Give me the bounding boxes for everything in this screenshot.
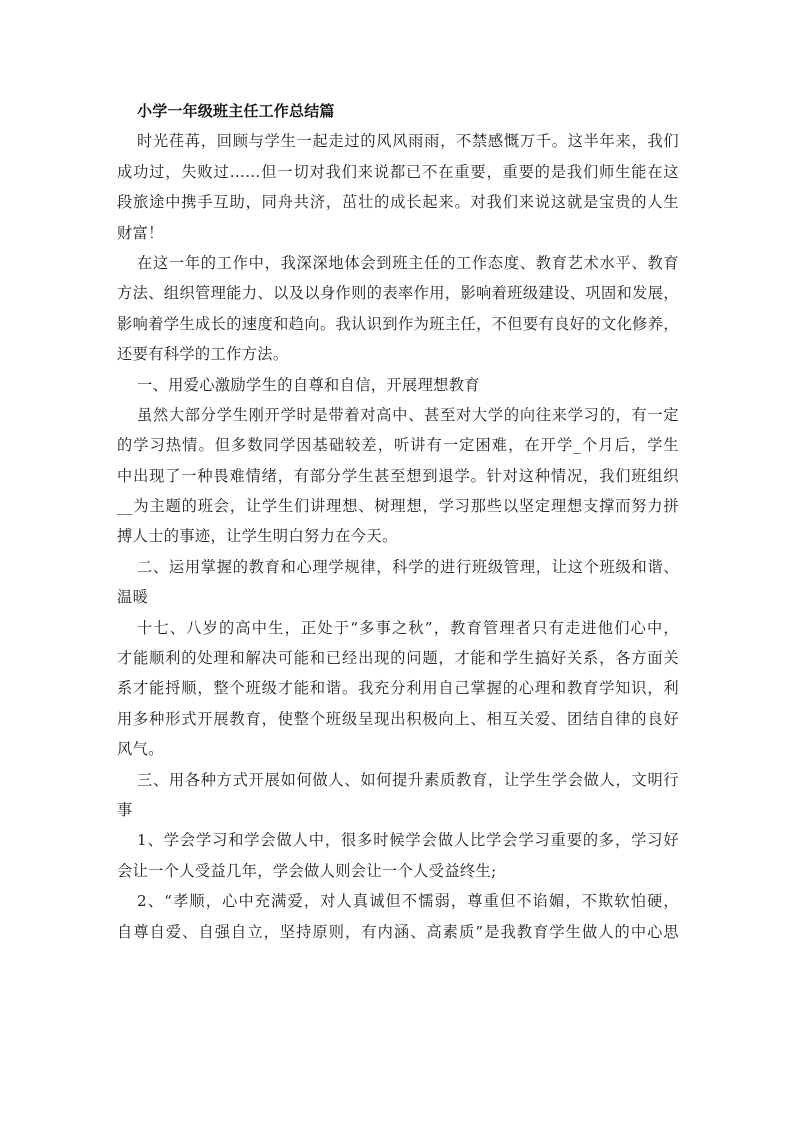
- text-line: 三、用各种方式开展如何做人、如何提升素质教育，让学生学会做人，文明行: [117, 765, 679, 795]
- text-line: 方法、组织管理能力、以及以身作则的表率作用，影响着班级建设、巩固和发展，: [117, 278, 679, 308]
- paragraph-section-2: 十七、八岁的高中生，正处于“多事之秋”，教育管理者只有走进他们心中， 才能顺利的…: [117, 613, 679, 765]
- text-line: 系才能捋顺，整个班级才能和谐。我充分利用自己掌握的心理和教育学知识，利: [117, 673, 679, 703]
- text-line: 的学习热情。但多数同学因基础较差，听讲有一定困难，在开学_个月后，学生: [117, 430, 679, 460]
- paragraph-section-1: 虽然大部分学生刚开学时是带着对高中、甚至对大学的向往来学习的，有一定 的学习热情…: [117, 400, 679, 552]
- text-line: 温暖: [117, 582, 679, 612]
- text-line: 成功过，失败过……但一切对我们来说都已不在重要，重要的是我们师生能在这: [117, 157, 679, 187]
- text-line: 时光荏苒，回顾与学生一起走过的风风雨雨，不禁感慨万千。这半年来，我们: [117, 126, 679, 156]
- text-line: 搏人士的事迹，让学生明白努力在今天。: [117, 521, 679, 551]
- paragraph-intro: 时光荏苒，回顾与学生一起走过的风风雨雨，不禁感慨万千。这半年来，我们 成功过，失…: [117, 126, 679, 248]
- text-line: 财富！: [117, 218, 679, 248]
- text-line: 2、“孝顺，心中充满爱，对人真诚但不懦弱，尊重但不谄媚，不欺软怕硬，: [117, 886, 679, 916]
- text-line: 自尊自爱、自强自立，坚持原则，有内涵、高素质”是我教育学生做人的中心思: [117, 917, 679, 947]
- list-item-2: 2、“孝顺，心中充满爱，对人真诚但不懦弱，尊重但不谄媚，不欺软怕硬， 自尊自爱、…: [117, 886, 679, 947]
- paragraph-reflection: 在这一年的工作中，我深深地体会到班主任的工作态度、教育艺术水平、教育 方法、组织…: [117, 248, 679, 370]
- text-line: 风气。: [117, 734, 679, 764]
- text-line: 虽然大部分学生刚开学时是带着对高中、甚至对大学的向往来学习的，有一定: [117, 400, 679, 430]
- text-line: 1、学会学习和学会做人中，很多时候学会做人比学会学习重要的多，学习好: [117, 825, 679, 855]
- text-line: 事: [117, 795, 679, 825]
- section-heading-2: 二、运用掌握的教育和心理学规律，科学的进行班级管理，让这个班级和谐、 温暖: [117, 552, 679, 613]
- text-line: __为主题的班会，让学生们讲理想、树理想，学习那些以坚定理想支撑而努力拼: [117, 491, 679, 521]
- list-item-1: 1、学会学习和学会做人中，很多时候学会做人比学会学习重要的多，学习好 会让一个人…: [117, 825, 679, 886]
- section-heading-3: 三、用各种方式开展如何做人、如何提升素质教育，让学生学会做人，文明行 事: [117, 765, 679, 826]
- text-line: 中出现了一种畏难情绪，有部分学生甚至想到退学。针对这种情况，我们班组织: [117, 461, 679, 491]
- section-heading-1: 一、用爱心激励学生的自尊和自信，开展理想教育: [117, 370, 679, 400]
- text-line: 一、用爱心激励学生的自尊和自信，开展理想教育: [117, 370, 679, 400]
- text-line: 段旅途中携手互助，同舟共济，茁壮的成长起来。对我们来说这就是宝贵的人生: [117, 187, 679, 217]
- document-title: 小学一年级班主任工作总结篇: [117, 96, 679, 126]
- text-line: 用多种形式开展教育，使整个班级呈现出积极向上、相互关爱、团结自律的良好: [117, 704, 679, 734]
- text-line: 才能顺利的处理和解决可能和已经出现的问题，才能和学生搞好关系，各方面关: [117, 643, 679, 673]
- text-line: 十七、八岁的高中生，正处于“多事之秋”，教育管理者只有走进他们心中，: [117, 613, 679, 643]
- text-line: 会让一个人受益几年，学会做人则会让一个人受益终生;: [117, 856, 679, 886]
- document-page: 小学一年级班主任工作总结篇 时光荏苒，回顾与学生一起走过的风风雨雨，不禁感慨万千…: [117, 96, 679, 947]
- text-line: 影响着学生成长的速度和趋向。我认识到作为班主任，不但要有良好的文化修养，: [117, 309, 679, 339]
- text-line: 二、运用掌握的教育和心理学规律，科学的进行班级管理，让这个班级和谐、: [117, 552, 679, 582]
- text-line: 在这一年的工作中，我深深地体会到班主任的工作态度、教育艺术水平、教育: [117, 248, 679, 278]
- text-line: 还要有科学的工作方法。: [117, 339, 679, 369]
